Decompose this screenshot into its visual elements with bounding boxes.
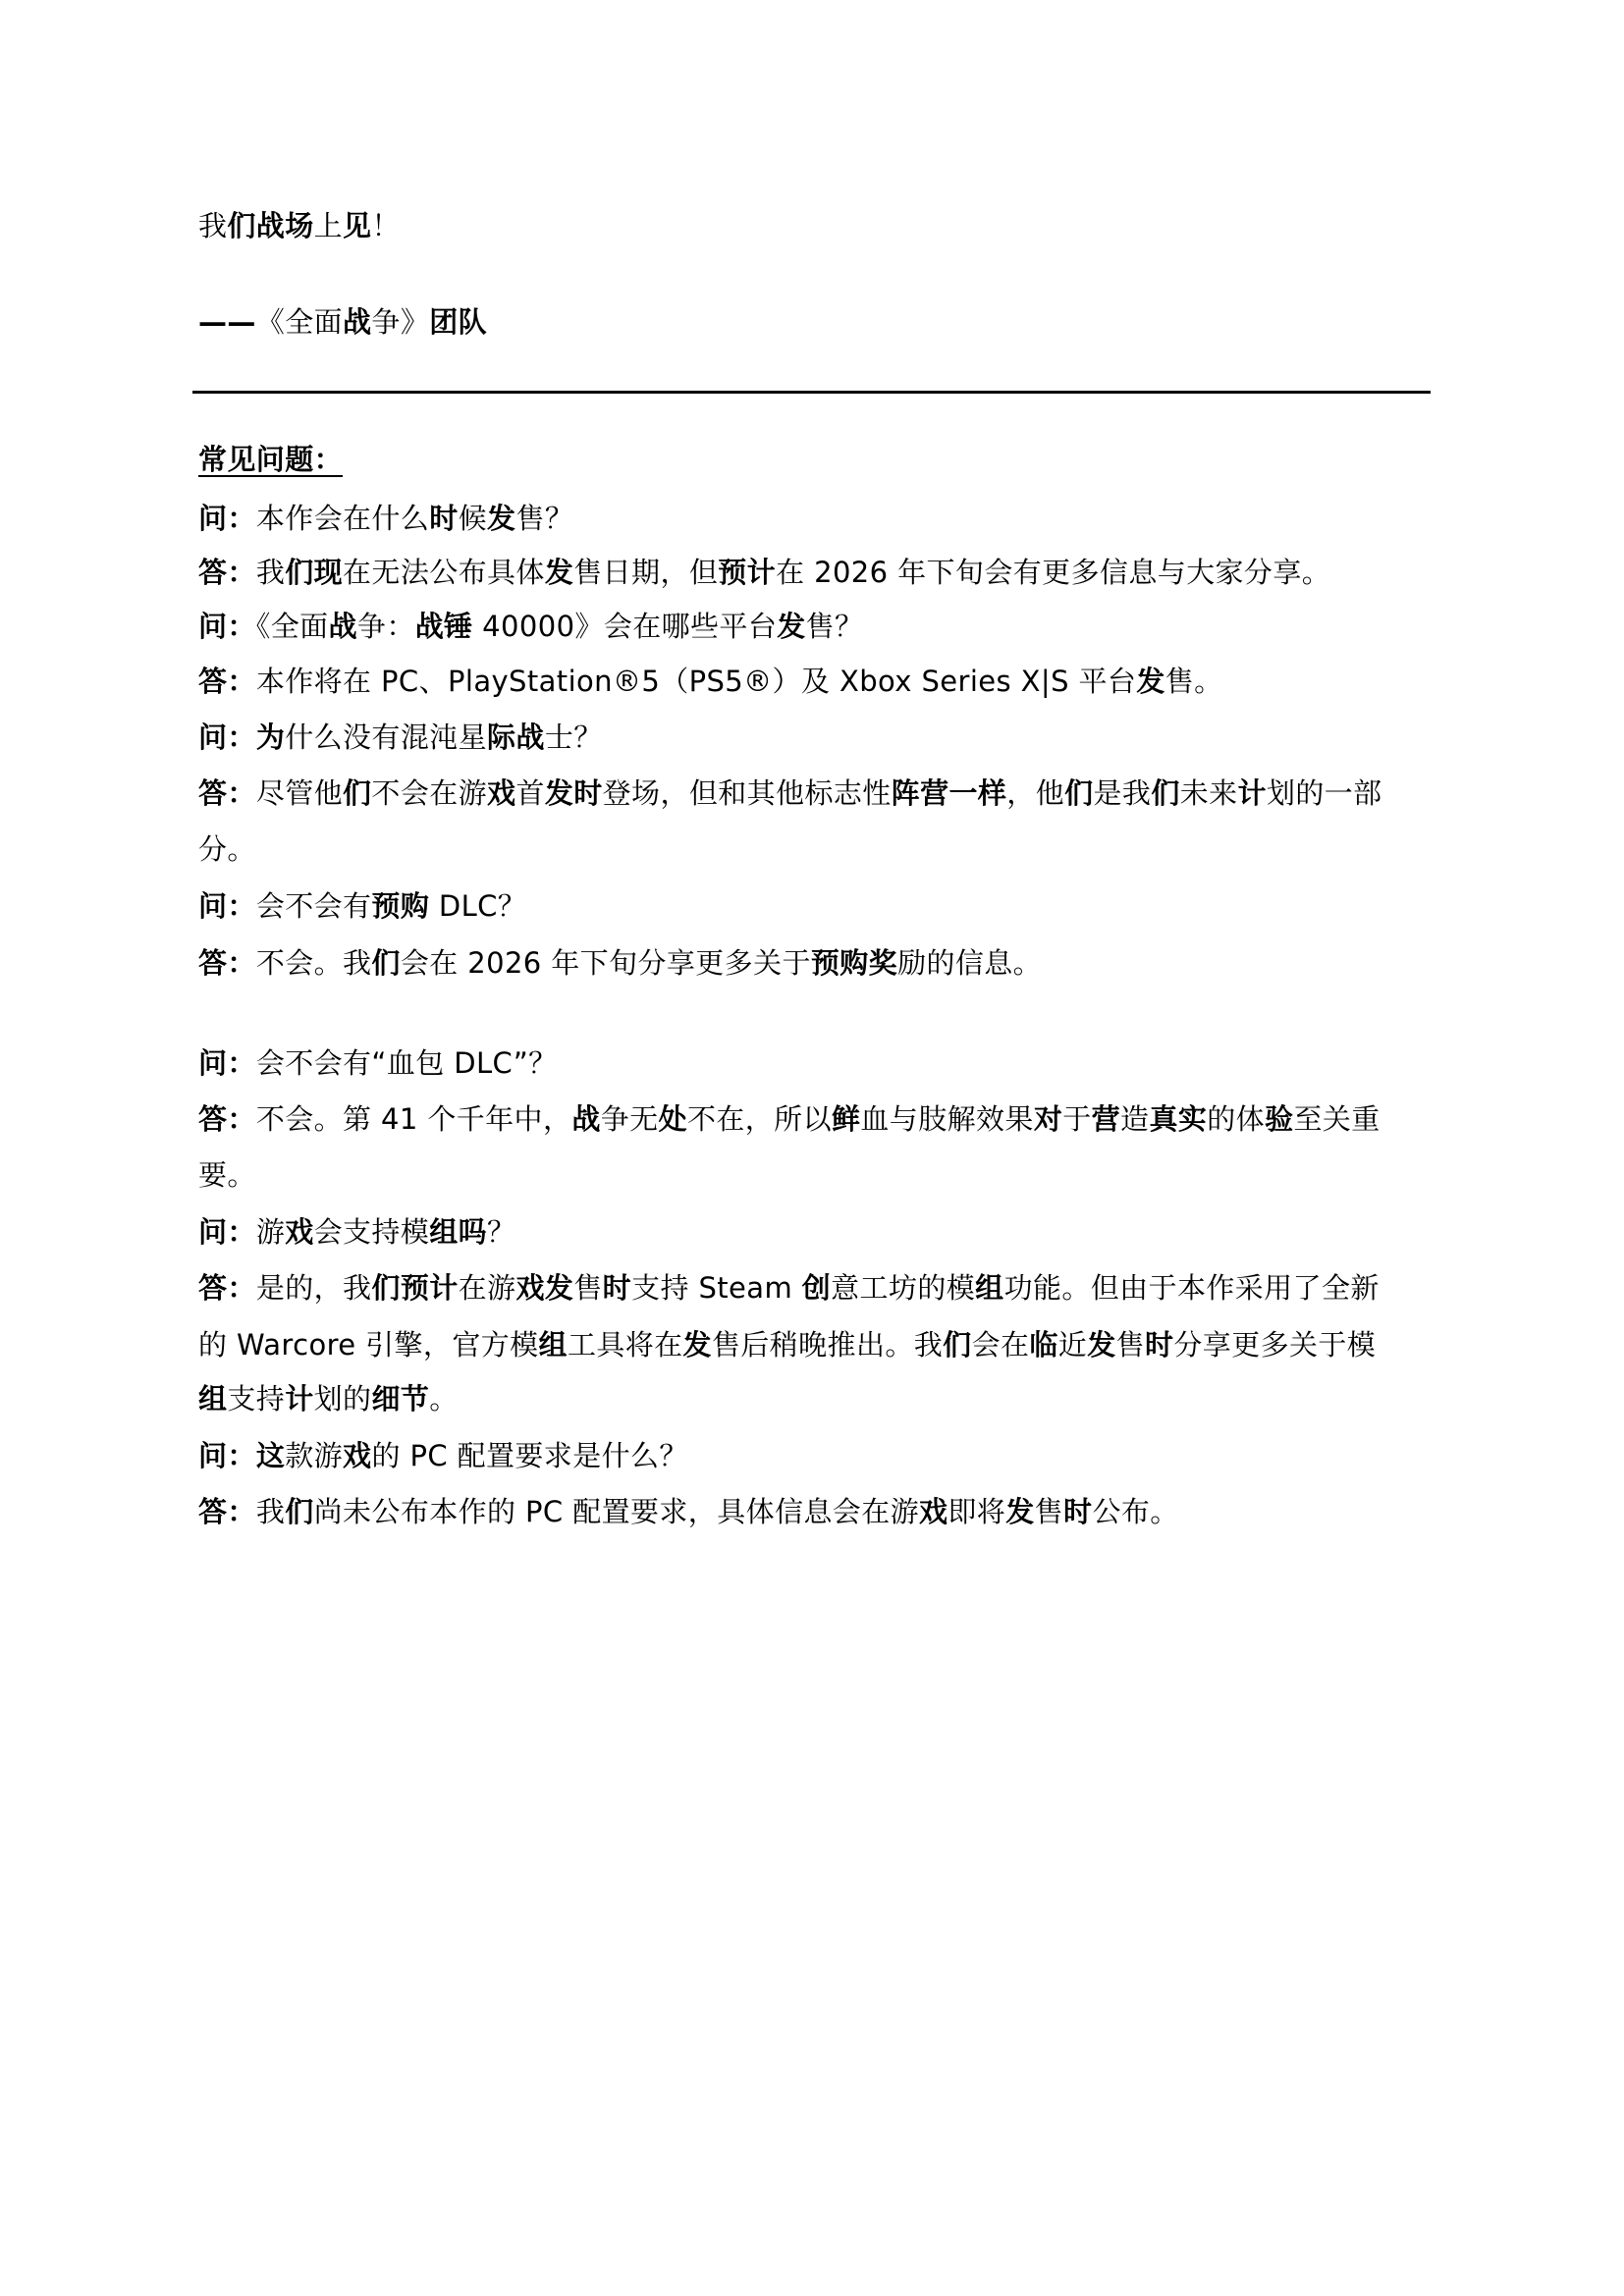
text-run: 划的 [314, 1382, 372, 1415]
text-run: 真实 [1149, 1102, 1207, 1136]
text-run: 见 [343, 209, 371, 242]
text-run: 问： [198, 610, 256, 643]
text-run: 售？ [515, 502, 573, 535]
text-run: ！ [371, 209, 400, 242]
text-run: 血与肢解效果 [860, 1102, 1033, 1136]
text-run: 组 [975, 1271, 1003, 1305]
text-run: 战 [343, 305, 371, 339]
text-run: 售日期，但 [573, 556, 718, 589]
text-run: 什么没有混沌星 [285, 721, 487, 754]
text-run: 时 [603, 1271, 631, 1305]
text-run: ？ [487, 1215, 515, 1249]
text-run: 本作将在 PC、PlayStation®5（PS5®）及 Xbox Series… [256, 665, 1137, 698]
text-run: 会在 [972, 1328, 1030, 1362]
text-run: 问： [198, 889, 256, 923]
faq-answer: 答：我们现在无法公布具体发售日期，但预计在 2026 年下旬会有更多信息与大家分… [198, 553, 1330, 592]
faq-answer-continuation: 分。 [198, 829, 256, 869]
text-run: 的体 [1207, 1102, 1265, 1136]
closing-signature: ——《全面战争》团队 [198, 302, 487, 342]
text-run: 功能。但由于本作采用了全新 [1004, 1271, 1380, 1305]
text-run: 首 [515, 776, 544, 810]
text-run: 近 [1058, 1328, 1087, 1362]
text-run: 创 [802, 1271, 831, 1305]
faq-question: 问：会不会有预购 DLC？ [198, 886, 526, 926]
text-run: 售？ [806, 610, 864, 643]
text-run: 们预计 [371, 1271, 458, 1305]
text-run: 预购 [371, 889, 429, 923]
text-run: 的 Warcore 引擎，官方模 [198, 1328, 539, 1362]
faq-answer-continuation: 的 Warcore 引擎，官方模组工具将在发售后稍晚推出。我们会在临近发售时分享… [198, 1325, 1376, 1364]
text-run: 不会。我 [256, 946, 372, 980]
text-run: 支持 [227, 1382, 285, 1415]
text-run: 发 [487, 502, 515, 535]
text-run: 们 [1151, 776, 1179, 810]
text-run: 答： [198, 776, 256, 810]
text-run: —— [198, 305, 256, 339]
text-run: 问： [198, 1439, 256, 1472]
faq-question: 问：本作会在什么时候发售？ [198, 499, 573, 538]
text-run: 争无 [601, 1102, 659, 1136]
text-run: 即将 [947, 1495, 1005, 1528]
text-run: 验 [1265, 1102, 1293, 1136]
text-run: 时 [1063, 1495, 1092, 1528]
text-run: 计 [1238, 776, 1267, 810]
text-run: 在 2026 年下旬会有更多信息与大家分享。 [776, 556, 1330, 589]
text-run: 发 [683, 1328, 712, 1362]
text-run: 戏 [285, 1215, 313, 1249]
text-run: 争： [357, 610, 415, 643]
faq-heading: 常见问题： [198, 440, 343, 479]
text-run: 发 [777, 610, 805, 643]
document-page: 我们战场上见！ ——《全面战争》团队 常见问题： 问：本作会在什么时候发售？答：… [0, 0, 1624, 2296]
text-run: 游 [256, 1215, 285, 1249]
text-run: 是的，我 [256, 1271, 372, 1305]
faq-question: 问：会不会有“血包 DLC”？ [198, 1043, 558, 1083]
text-run: 不会在游 [371, 776, 487, 810]
faq-question: 问：游戏会支持模组吗？ [198, 1212, 515, 1252]
section-divider [192, 391, 1431, 394]
text-run: 我 [198, 209, 227, 242]
text-run: 时 [1145, 1328, 1173, 1362]
text-run: ，他 [1006, 776, 1064, 810]
text-run: 对 [1034, 1102, 1062, 1136]
text-run: 鲜 [832, 1102, 860, 1136]
text-run: 。 [429, 1382, 458, 1415]
faq-answer: 答：尽管他们不会在游戏首发时登场，但和其他标志性阵营一样，他们是我们未来计划的一… [198, 774, 1382, 813]
text-run: 预计 [718, 556, 776, 589]
text-run: 戏 [343, 1439, 371, 1472]
text-run: 在游 [459, 1271, 516, 1305]
text-run: 团队 [429, 305, 487, 339]
text-run: 阵营一样 [892, 776, 1007, 810]
text-run: 售 [1116, 1328, 1145, 1362]
text-run: 答： [198, 1102, 256, 1136]
closing-greeting: 我们战场上见！ [198, 206, 401, 245]
text-run: 本作会在什么 [256, 502, 429, 535]
text-run: 分。 [198, 832, 256, 866]
text-run: 问： [198, 721, 256, 754]
text-run: 会在 2026 年下旬分享更多关于 [401, 946, 811, 980]
faq-question: 问：这款游戏的 PC 配置要求是什么？ [198, 1436, 688, 1475]
text-run: 际战 [487, 721, 545, 754]
text-run: 发 [1005, 1495, 1034, 1528]
text-run: 发 [1087, 1328, 1115, 1362]
text-run: 答： [198, 556, 256, 589]
text-run: 问： [198, 502, 256, 535]
text-run: 这 [256, 1439, 285, 1472]
text-run: 我 [256, 556, 285, 589]
text-run: 我 [256, 1495, 285, 1528]
faq-answer: 答：本作将在 PC、PlayStation®5（PS5®）及 Xbox Seri… [198, 662, 1223, 701]
text-run: 售后稍晚推出。我 [712, 1328, 943, 1362]
text-run: 登场，但和其他标志性 [603, 776, 892, 810]
text-run: 会不会有“血包 DLC”？ [256, 1046, 558, 1080]
text-run: 们 [1064, 776, 1093, 810]
text-run: 争》 [371, 305, 429, 339]
faq-question: 问：《全面战争：战锤 40000》会在哪些平台发售？ [198, 607, 863, 646]
text-run: 造 [1120, 1102, 1149, 1136]
text-run: 预购奖 [811, 946, 897, 980]
text-run: 细节 [371, 1382, 429, 1415]
text-run: 战 [571, 1102, 600, 1136]
text-run: 戏发 [515, 1271, 573, 1305]
text-run: 上 [314, 209, 343, 242]
text-run: 款游 [285, 1439, 343, 1472]
text-run: 组 [198, 1382, 227, 1415]
text-run: 候 [459, 502, 487, 535]
text-run: 答： [198, 946, 256, 980]
text-run: 励的信息。 [897, 946, 1042, 980]
faq-answer: 答：不会。第 41 个千年中，战争无处不在，所以鲜血与肢解效果对于营造真实的体验… [198, 1099, 1380, 1139]
text-run: 发 [1136, 665, 1164, 698]
text-run: 售 [1035, 1495, 1063, 1528]
faq-answer-continuation: 组支持计划的细节。 [198, 1379, 459, 1418]
text-run: 会不会有 [256, 889, 372, 923]
text-run: 尽管他 [256, 776, 343, 810]
text-run: 战 [329, 610, 357, 643]
text-run: 《全面 [256, 305, 343, 339]
text-run: 问： [198, 1046, 256, 1080]
text-run: 于 [1062, 1102, 1091, 1136]
text-run: 分享更多关于模 [1173, 1328, 1376, 1362]
text-run: 《全面 [256, 610, 329, 643]
text-run: 们 [371, 946, 400, 980]
text-run: 为 [256, 721, 285, 754]
faq-question: 问：为什么没有混沌星际战士？ [198, 718, 603, 757]
text-run: 售 [573, 1271, 602, 1305]
text-run: 至关重 [1293, 1102, 1380, 1136]
text-run: 答： [198, 1495, 256, 1528]
text-run: 们 [343, 776, 371, 810]
text-run: 士？ [545, 721, 603, 754]
text-run: 在无法公布具体 [343, 556, 545, 589]
text-run: 发时 [545, 776, 603, 810]
text-run: 会支持模 [314, 1215, 430, 1249]
text-run: 们 [285, 1495, 313, 1528]
text-run: 计 [285, 1382, 313, 1415]
text-run: 答： [198, 1271, 256, 1305]
text-run: 未来 [1180, 776, 1238, 810]
text-run: 划的一部 [1267, 776, 1382, 810]
text-run: 公布。 [1092, 1495, 1178, 1528]
text-run: 组 [539, 1328, 568, 1362]
text-run: 支持 Steam [631, 1271, 802, 1305]
text-run: 时 [429, 502, 458, 535]
text-run: 不在，所以 [687, 1102, 832, 1136]
text-run: 战锤 [415, 610, 473, 643]
text-run: 40000》会在哪些平台 [473, 610, 778, 643]
text-run: 们现 [285, 556, 343, 589]
faq-answer: 答：是的，我们预计在游戏发售时支持 Steam 创意工坊的模组功能。但由于本作采… [198, 1268, 1380, 1308]
text-run: 工具将在 [568, 1328, 683, 1362]
text-run: 答： [198, 665, 256, 698]
text-run: 组吗 [429, 1215, 487, 1249]
text-run: 们 [943, 1328, 971, 1362]
text-run: 不会。第 41 个千年中， [256, 1102, 572, 1136]
text-run: 戏 [487, 776, 515, 810]
faq-answer-continuation: 要。 [198, 1155, 256, 1195]
text-run: 要。 [198, 1158, 256, 1192]
text-run: 临 [1029, 1328, 1057, 1362]
faq-answer: 答：我们尚未公布本作的 PC 配置要求，具体信息会在游戏即将发售时公布。 [198, 1492, 1179, 1531]
text-run: 的 PC 配置要求是什么？ [371, 1439, 687, 1472]
text-run: 问： [198, 1215, 256, 1249]
text-run: 售。 [1165, 665, 1223, 698]
text-run: 营 [1092, 1102, 1120, 1136]
text-run: 意工坊的模 [831, 1271, 975, 1305]
text-run: DLC？ [429, 889, 526, 923]
text-run: 处 [659, 1102, 687, 1136]
text-run: 发 [545, 556, 573, 589]
faq-answer: 答：不会。我们会在 2026 年下旬分享更多关于预购奖励的信息。 [198, 943, 1042, 983]
text-run: 是我 [1094, 776, 1152, 810]
text-run: 们战场 [227, 209, 313, 242]
text-run: 戏 [919, 1495, 947, 1528]
text-run: 尚未公布本作的 PC 配置要求，具体信息会在游 [314, 1495, 919, 1528]
